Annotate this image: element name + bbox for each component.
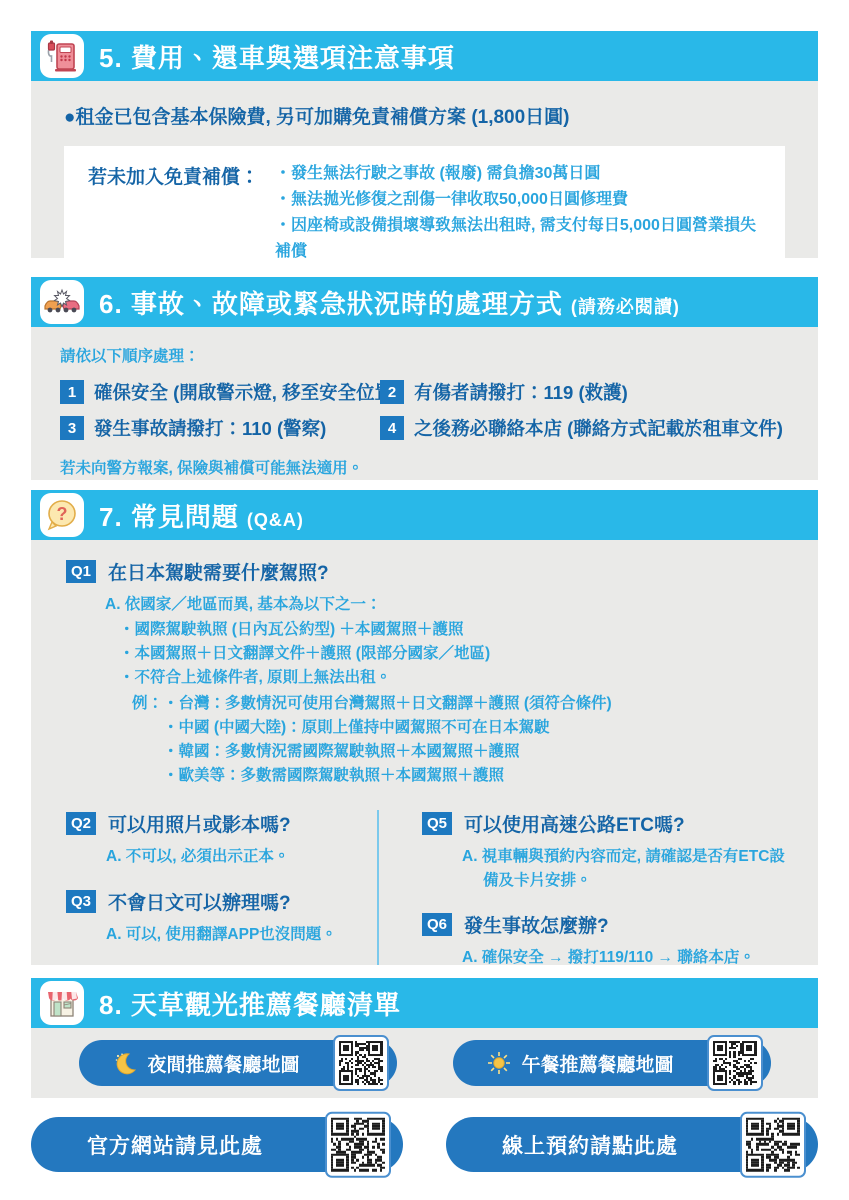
question-text: 發生事故怎麼辦? xyxy=(464,911,609,938)
answer-text: A. 不可以, 必須出示正本。 xyxy=(106,845,363,868)
section-faq-body: Q1 在日本駕駛需要什麼駕照? A. 依國家／地區而異, 基本為以下之一： ・國… xyxy=(31,540,818,965)
answer-intro: A. 依國家／地區而異, 基本為以下之一： xyxy=(105,593,794,616)
section-restaurants-header: 8. 天草觀光推薦餐廳清單 xyxy=(31,978,818,1028)
section-fees-body: ●租金已包含基本保險費, 另可加購免責補償方案 (1,800日圓) 若未加入免責… xyxy=(31,81,818,258)
step-2: 2 有傷者請撥打：119 (救護) xyxy=(380,379,785,405)
car-crash-icon xyxy=(40,280,84,324)
list-item: ・不符合上述條件者, 原則上無法出租。 xyxy=(119,666,794,690)
question-text: 在日本駕駛需要什麼駕照? xyxy=(108,558,329,585)
no-waiver-box: 若未加入免責補償： ・發生無法行駛之事故 (報廢) 需負擔30萬日圓 ・無法拋光… xyxy=(64,146,785,258)
faq-question-row: Q1 在日本駕駛需要什麼駕照? xyxy=(66,558,794,585)
section-faq: ? 7. 常見問題(Q&A) Q1 在日本駕駛需要什麼駕照? A. 依國家／地區… xyxy=(31,490,818,965)
step-number-badge: 4 xyxy=(380,416,404,440)
step-1: 1 確保安全 (開啟警示燈, 移至安全位置) xyxy=(60,379,380,405)
faq-q3-block: Q3不會日文可以辦理嗎? A. 可以, 使用翻譯APP也沒問題。 xyxy=(66,888,363,946)
section-restaurants-title: 8. 天草觀光推薦餐廳清單 xyxy=(99,985,401,1022)
answer-text: A. 確保安全 → 撥打119/110 → 聯絡本店。 xyxy=(462,946,794,965)
examples-prefix: 例： xyxy=(132,692,163,788)
faq-left-column: Q2可以用照片或影本嗎? A. 不可以, 必須出示正本。 Q3不會日文可以辦理嗎… xyxy=(66,810,379,965)
storefront-icon xyxy=(40,981,84,1025)
qr-code-lunch-map xyxy=(707,1035,763,1091)
q-badge: Q6 xyxy=(422,913,452,936)
step-number-badge: 3 xyxy=(60,416,84,440)
faq-q6-block: Q6發生事故怎麼辦? A. 確保安全 → 撥打119/110 → 聯絡本店。 xyxy=(422,911,794,965)
section-accident-title: 6. 事故、故障或緊急狀況時的處理方式(請務必閱讀) xyxy=(99,284,680,321)
qr-code-night-map xyxy=(333,1035,389,1091)
step-4: 4 之後務必聯絡本店 (聯絡方式記載於租車文件) xyxy=(380,415,785,441)
online-booking-button[interactable]: 線上預約請點此處 xyxy=(446,1117,818,1172)
list-item: ・歐美等：多數需國際駕駛執照＋本國駕照＋護照 xyxy=(163,764,612,788)
list-item: ・本國駕照＋日文翻譯文件＋護照 (限部分國家／地區) xyxy=(119,642,794,666)
q-badge: Q5 xyxy=(422,812,452,835)
step-text: 發生事故請撥打：110 (警察) xyxy=(94,415,326,441)
section-faq-subtitle: (Q&A) xyxy=(247,510,304,530)
section-fees-title: 5. 費用、還車與選項注意事項 xyxy=(99,38,455,75)
official-website-button[interactable]: 官方網站請見此處 xyxy=(31,1117,403,1172)
step-text: 之後務必聯絡本店 (聯絡方式記載於租車文件) xyxy=(414,415,783,441)
footer-button-label: 線上預約請點此處 xyxy=(502,1130,678,1160)
lunch-restaurant-map-button[interactable]: 午餐推薦餐廳地圖 xyxy=(453,1040,771,1086)
list-item: ・國際駕駛執照 (日內瓦公約型) ＋本國駕照＋護照 xyxy=(119,618,794,642)
section-restaurants: 8. 天草觀光推薦餐廳清單 夜間推薦餐廳地圖 xyxy=(31,978,818,1098)
svg-text:?: ? xyxy=(57,504,68,524)
no-waiver-label: 若未加入免責補償： xyxy=(88,161,259,189)
list-item: ・因座椅或設備損壞導致無法出租時, 需支付每日5,000日圓營業損失補償 xyxy=(275,213,765,258)
q-badge: Q1 xyxy=(66,560,96,583)
footer-links: 官方網站請見此處 線上預約請點此處 xyxy=(31,1117,818,1172)
question-text: 可以使用高速公路ETC嗎? xyxy=(464,810,685,837)
section-faq-title: 7. 常見問題(Q&A) xyxy=(99,497,304,534)
section-accident-subtitle: (請務必閱讀) xyxy=(571,297,680,317)
section-accident-body: 請依以下順序處理： 1 確保安全 (開啟警示燈, 移至安全位置) 2 有傷者請撥… xyxy=(31,327,818,480)
map-button-label: 午餐推薦餐廳地圖 xyxy=(521,1050,673,1077)
section-fees-header: 5. 費用、還車與選項注意事項 xyxy=(31,31,818,81)
footer-button-label: 官方網站請見此處 xyxy=(87,1130,263,1160)
country-examples: 例： ・台灣：多數情況可使用台灣駕照＋日文翻譯＋護照 (須符合條件) ・中國 (… xyxy=(132,692,794,788)
list-item: ・中國 (中國大陸)：原則上僅持中國駕照不可在日本駕駛 xyxy=(163,716,612,740)
question-text: 不會日文可以辦理嗎? xyxy=(108,888,291,915)
question-text: 可以用照片或影本嗎? xyxy=(108,810,291,837)
license-options-list: ・國際駕駛執照 (日內瓦公約型) ＋本國駕照＋護照 ・本國駕照＋日文翻譯文件＋護… xyxy=(119,618,794,690)
step-text: 確保安全 (開啟警示燈, 移至安全位置) xyxy=(94,379,399,405)
step-number-badge: 1 xyxy=(60,380,84,404)
faq-right-column: Q5可以使用高速公路ETC嗎? A. 視車輛與預約內容而定, 請確認是否有ETC… xyxy=(379,810,794,965)
night-restaurant-map-button[interactable]: 夜間推薦餐廳地圖 xyxy=(79,1040,397,1086)
moon-icon xyxy=(113,1051,137,1075)
answer-text: A. 視車輛與預約內容而定, 請確認是否有ETC設備及卡片安排。 xyxy=(462,845,794,892)
list-item: ・無法拋光修復之刮傷一律收取50,000日圓修理費 xyxy=(275,187,765,213)
no-waiver-list: ・發生無法行駛之事故 (報廢) 需負擔30萬日圓 ・無法拋光修復之刮傷一律收取5… xyxy=(275,161,765,258)
faq-two-columns: Q2可以用照片或影本嗎? A. 不可以, 必須出示正本。 Q3不會日文可以辦理嗎… xyxy=(66,810,794,965)
list-item: ・韓國：多數情況需國際駕駛執照＋本國駕照＋護照 xyxy=(163,740,612,764)
fuel-pump-icon xyxy=(40,34,84,78)
q-badge: Q3 xyxy=(66,890,96,913)
step-3: 3 發生事故請撥打：110 (警察) xyxy=(60,415,380,441)
section-accident: 6. 事故、故障或緊急狀況時的處理方式(請務必閱讀) 請依以下順序處理： 1 確… xyxy=(31,277,818,480)
section-accident-header: 6. 事故、故障或緊急狀況時的處理方式(請務必閱讀) xyxy=(31,277,818,327)
qr-code-online-booking xyxy=(740,1111,806,1177)
faq-q2-block: Q2可以用照片或影本嗎? A. 不可以, 必須出示正本。 xyxy=(66,810,363,868)
faq-q5-block: Q5可以使用高速公路ETC嗎? A. 視車輛與預約內容而定, 請確認是否有ETC… xyxy=(422,810,794,892)
accident-steps: 1 確保安全 (開啟警示燈, 移至安全位置) 2 有傷者請撥打：119 (救護)… xyxy=(60,379,785,441)
map-button-label: 夜間推薦餐廳地圖 xyxy=(147,1050,299,1077)
flyer-page: 5. 費用、還車與選項注意事項 ●租金已包含基本保險費, 另可加購免責補償方案 … xyxy=(0,0,849,1200)
list-item: ・發生無法行駛之事故 (報廢) 需負擔30萬日圓 xyxy=(275,161,765,187)
q-badge: Q2 xyxy=(66,812,96,835)
section-faq-header: ? 7. 常見問題(Q&A) xyxy=(31,490,818,540)
police-report-warning: 若未向警方報案, 保險與補償可能無法適用。 xyxy=(60,456,785,478)
step-number-badge: 2 xyxy=(380,380,404,404)
accident-intro: 請依以下順序處理： xyxy=(60,344,785,366)
faq-q1-block: Q1 在日本駕駛需要什麼駕照? A. 依國家／地區而異, 基本為以下之一： ・國… xyxy=(66,558,794,788)
section-restaurants-body: 夜間推薦餐廳地圖 午餐推薦餐廳地圖 xyxy=(31,1028,818,1098)
section-fees: 5. 費用、還車與選項注意事項 ●租金已包含基本保險費, 另可加購免責補償方案 … xyxy=(31,31,818,258)
list-item: ・台灣：多數情況可使用台灣駕照＋日文翻譯＋護照 (須符合條件) xyxy=(163,692,612,716)
examples-list: ・台灣：多數情況可使用台灣駕照＋日文翻譯＋護照 (須符合條件) ・中國 (中國大… xyxy=(163,692,612,788)
qr-code-official-website xyxy=(325,1111,391,1177)
question-bubble-icon: ? xyxy=(40,493,84,537)
fees-lead-text: ●租金已包含基本保險費, 另可加購免責補償方案 (1,800日圓) xyxy=(64,102,785,129)
answer-text: A. 可以, 使用翻譯APP也沒問題。 xyxy=(106,923,363,946)
step-text: 有傷者請撥打：119 (救護) xyxy=(414,379,628,405)
sun-icon xyxy=(487,1051,511,1075)
